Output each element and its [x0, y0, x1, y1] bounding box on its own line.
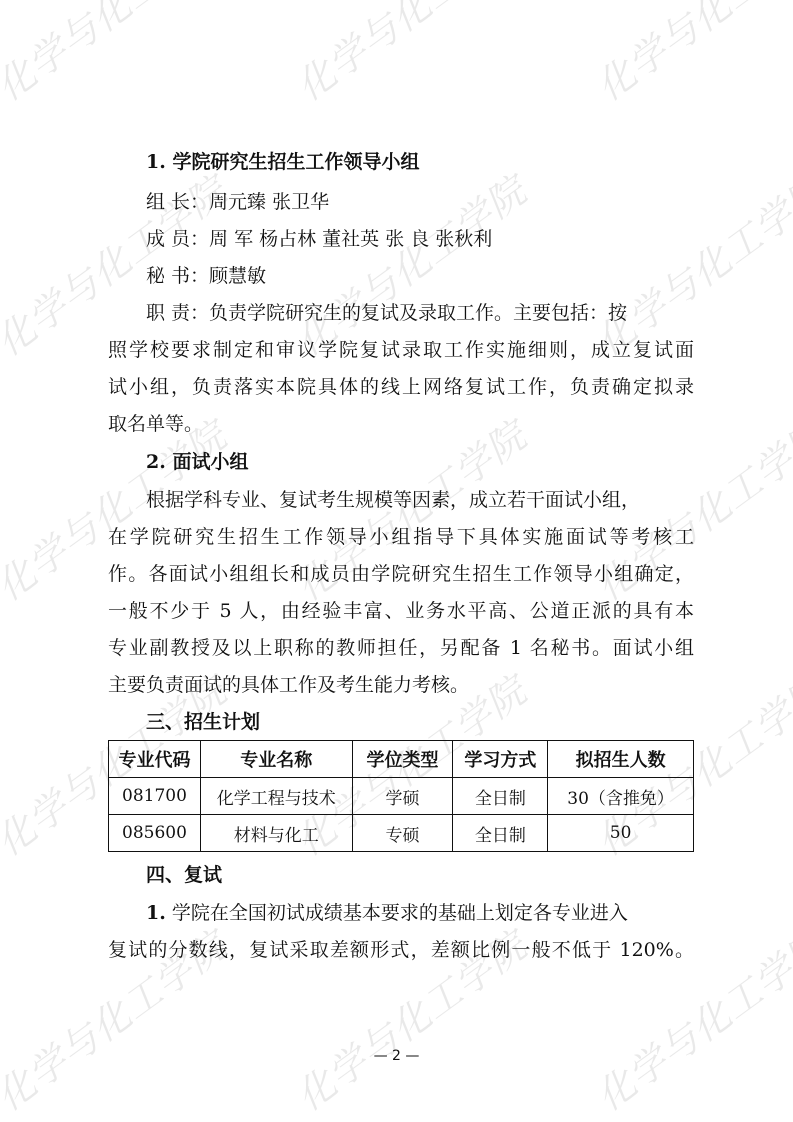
interview-line-1: 根据学科专业、复试考生规模等因素，成立若干面试小组， — [146, 488, 694, 512]
document-page: 化学与化工学院化学与化工学院化学与化工学院化学与化工学院化学与化工学院化学与化工… — [0, 0, 793, 1122]
header-degree-type: 学位类型 — [352, 741, 453, 778]
cell-degree-type: 学硕 — [352, 778, 453, 815]
duties-line-4: 取名单等。 — [108, 412, 698, 436]
header-planned-enrollment: 拟招生人数 — [548, 741, 694, 778]
cell-major-name: 化学工程与技术 — [200, 778, 352, 815]
interview-line-5: 专业副教授及以上职称的教师担任，另配备 1 名秘书。面试小组 — [108, 636, 694, 660]
retest-line-2: 复试的分数线，复试采取差额形式，差额比例一般不低于 120%。 — [108, 938, 694, 962]
interview-line-4: 一般不少于 5 人，由经验丰富、业务水平高、公道正派的具有本 — [108, 599, 694, 623]
section2-heading: 2. 面试小组 — [146, 450, 736, 474]
cell-major-code: 081700 — [109, 778, 201, 815]
interview-line-6: 主要负责面试的具体工作及考生能力考核。 — [108, 673, 698, 697]
cell-major-code: 085600 — [109, 815, 201, 852]
cell-major-name: 材料与化工 — [200, 815, 352, 852]
cell-planned-enrollment: 30（含推免） — [548, 778, 694, 815]
interview-line-3: 作。各面试小组组长和成员由学院研究生招生工作领导小组确定， — [108, 562, 694, 586]
duties-line-3: 试小组，负责落实本院具体的线上网络复试工作，负责确定拟录 — [108, 375, 694, 399]
retest-line-1-text: 学院在全国初试成绩基本要求的基础上划定各专业进入 — [172, 902, 628, 924]
cell-study-mode: 全日制 — [453, 815, 548, 852]
secretary-line: 秘 书：顾慧敏 — [146, 264, 736, 288]
duties-line-1: 职 责：负责学院研究生的复试及录取工作。主要包括：按 — [146, 301, 694, 325]
watermark-text: 化学与化工学院 — [0, 0, 236, 111]
header-major-code: 专业代码 — [109, 741, 201, 778]
page-number: — 2 — — [0, 1048, 793, 1064]
watermark-text: 化学与化工学院 — [583, 0, 793, 111]
section4-heading: 四、复试 — [146, 863, 736, 887]
interview-line-2: 在学院研究生招生工作领导小组指导下具体实施面试等考核工 — [108, 525, 694, 549]
leader-line: 组 长：周元臻 张卫华 — [146, 190, 736, 214]
watermark-text: 化学与化工学院 — [283, 0, 536, 111]
enrollment-plan-table: 专业代码 专业名称 学位类型 学习方式 拟招生人数 081700 化学工程与技术… — [108, 740, 694, 852]
duties-line-2: 照学校要求制定和审议学院复试录取工作实施细则，成立复试面 — [108, 338, 694, 362]
cell-degree-type: 专硕 — [352, 815, 453, 852]
retest-line-1: 1. 学院在全国初试成绩基本要求的基础上划定各专业进入 — [146, 901, 694, 925]
table-row: 085600 材料与化工 专硕 全日制 50 — [109, 815, 694, 852]
cell-study-mode: 全日制 — [453, 778, 548, 815]
members-line: 成 员：周 军 杨占林 董社英 张 良 张秋利 — [146, 227, 736, 251]
header-major-name: 专业名称 — [200, 741, 352, 778]
section3-heading: 三、招生计划 — [146, 710, 736, 734]
cell-planned-enrollment: 50 — [548, 815, 694, 852]
table-header-row: 专业代码 专业名称 学位类型 学习方式 拟招生人数 — [109, 741, 694, 778]
item-number: 1. — [146, 902, 166, 924]
section1-heading: 1. 学院研究生招生工作领导小组 — [146, 150, 736, 174]
header-study-mode: 学习方式 — [453, 741, 548, 778]
table-row: 081700 化学工程与技术 学硕 全日制 30（含推免） — [109, 778, 694, 815]
